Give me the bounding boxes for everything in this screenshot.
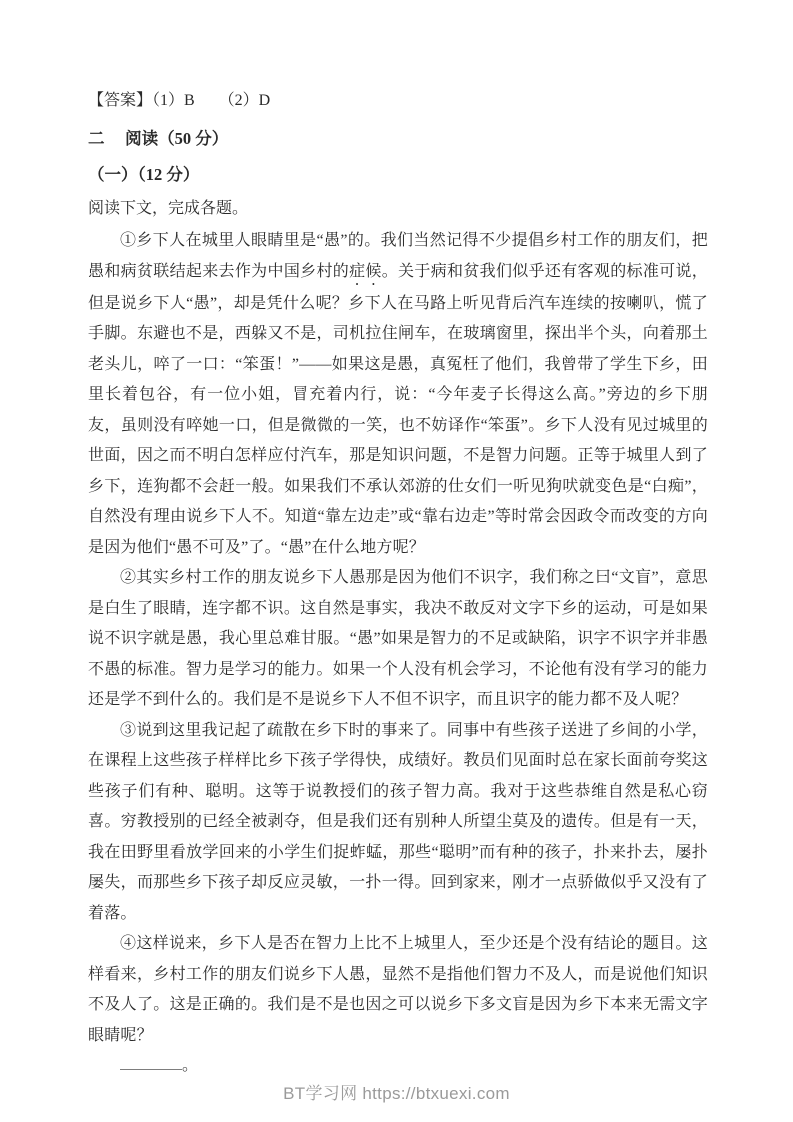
blank-underline [120, 1054, 182, 1070]
emphasized-word: 症候 [349, 263, 382, 280]
passage-paragraph-1: ①乡下人在城里人眼睛里是“愚”的。我们当然记得不少提倡乡村工作的朋友们，把愚和病… [88, 226, 708, 563]
passage-paragraph-4: ④这样说来，乡下人是否在智力上比不上城里人，至少还是个没有结论的题目。这样看来，… [88, 929, 708, 1051]
exam-document-page: 【答案】（1）B （2）D 二 阅读（50 分） （一）（12 分） 阅读下文，… [0, 0, 793, 1122]
blank-period: 。 [182, 1057, 198, 1074]
passage-paragraph-3: ③说到这里我记起了疏散在乡下时的事来了。同事中有些孩子送进了乡间的小学，在课程上… [88, 716, 708, 930]
subsection-heading-part-one: （一）（12 分） [88, 164, 708, 186]
document-content: 【答案】（1）B （2）D 二 阅读（50 分） （一）（12 分） 阅读下文，… [88, 90, 708, 1082]
paragraph-1-text-rest: 。关于病和贫我们似乎还有客观的标准可说，但是说乡下人“愚”，却是凭什么呢？乡下人… [88, 263, 708, 556]
footer-watermark: BT学习网 https://btxuexi.com [0, 1079, 793, 1104]
passage-paragraph-2: ②其实乡村工作的朋友说乡下人愚那是因为他们不识字，我们称之曰“文盲”，意思是白生… [88, 563, 708, 716]
fill-in-blank-line: 。 [88, 1051, 708, 1082]
section-heading-reading: 二 阅读（50 分） [88, 128, 708, 150]
answer-key-line: 【答案】（1）B （2）D [88, 90, 708, 112]
reading-instruction: 阅读下文，完成各题。 [88, 196, 708, 222]
